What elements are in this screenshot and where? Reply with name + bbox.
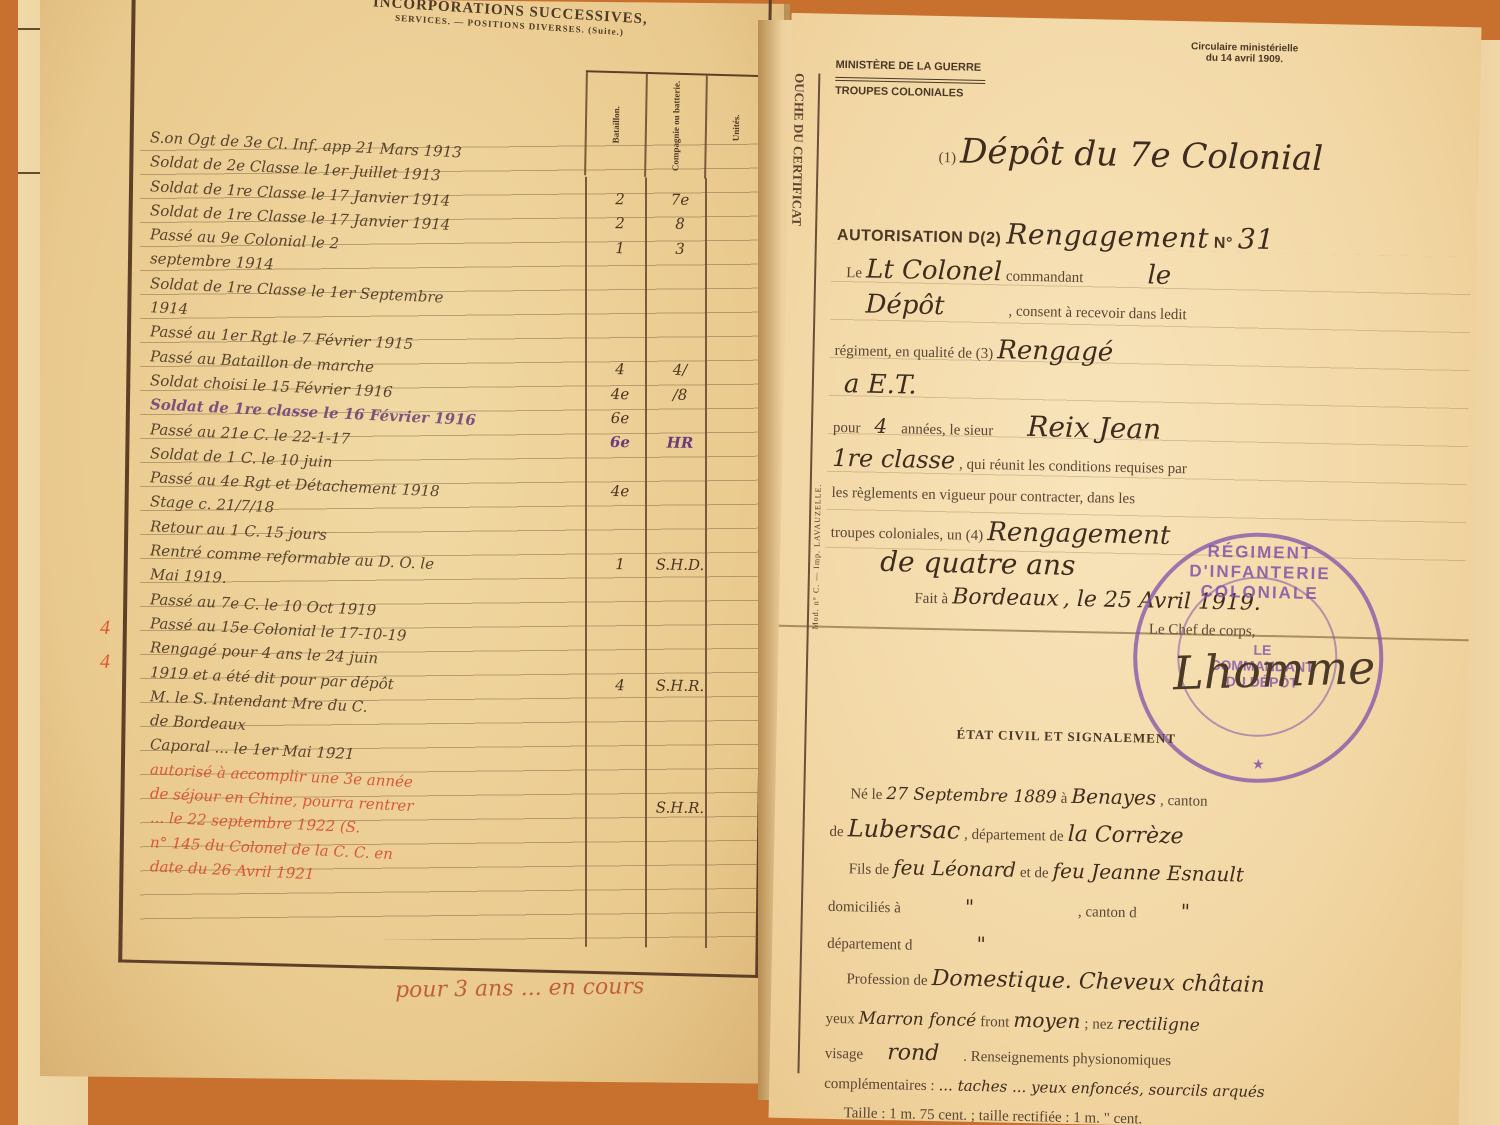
cell-compagnie [650,515,710,516]
domicile-line: domiciliés à " , canton d " [828,892,1190,924]
cell-compagnie [650,710,710,711]
left-page: INCORPORATIONS SUCCESSIVES, SERVICES. — … [40,0,790,1084]
profession-line: Profession de Domestique. Cheveux châtai… [846,964,1265,998]
cell-compagnie: 7e [650,191,710,210]
cell-bataillon: 4 [590,676,650,695]
commander-signature: Lhomme [1172,640,1376,700]
cell-compagnie: S.H.R. [650,798,710,817]
cell-compagnie [650,467,710,468]
column-values-row: 4e [590,478,770,504]
authorization-type: Rengagement [1006,217,1209,254]
parents-line: Fils de feu Léonard et de feu Jeanne Esn… [849,854,1245,886]
yeux-line: yeux Marron foncé front moyen ; nez rect… [825,1004,1200,1036]
years-line: pour 4 années, le sieur Reix Jean [833,406,1162,446]
cell-compagnie: HR [650,434,710,453]
cell-compagnie: 8 [650,215,710,234]
cell-bataillon [590,296,650,297]
cell-bataillon [590,515,650,516]
cell-bataillon: 6e [590,433,650,452]
column-values-row [590,746,770,772]
cell-bataillon [590,612,650,613]
birth-line: Né le 27 Septembre 1889 à Benayes , cant… [850,779,1208,810]
printer-imprint: Mod. n° C. — Imp. LAVAUZELLE. [811,483,823,629]
column-values-row [590,503,770,529]
cell-bataillon [590,758,650,759]
cell-compagnie: S.H.R. [650,677,710,696]
cell-bataillon: 2 [590,214,650,233]
column-values-row [590,260,770,286]
column-divider [585,177,587,947]
qualite-line: régiment, en qualité de (3) Rengagé [834,332,1113,368]
column-values-row: 4S.H.R. [590,673,770,699]
cell-bataillon: 4 [590,360,650,379]
column-values-row: S.H.R. [590,794,770,820]
cell-bataillon [590,345,650,346]
margin-mark: 4 [100,651,110,685]
cell-compagnie: 4/ [650,361,710,380]
column-values-row [590,600,770,626]
column-values-row [590,697,770,723]
service-column-values: 27e281344/4e/86e6eHR4e1S.H.D.4S.H.R.S.H.… [590,187,770,821]
stamp-ring-text: RÉGIMENT D'INFANTERIE COLONIALE [1138,540,1381,605]
cell-compagnie [650,321,710,322]
cell-compagnie [650,588,710,589]
column-values-row: 1S.H.D. [590,551,770,577]
cell-compagnie [650,783,710,784]
column-values-row [590,308,770,334]
cell-compagnie [650,272,710,273]
cell-compagnie [650,540,710,541]
depot-value: Dépôt du 7e Colonial [960,131,1324,179]
cell-bataillon [590,661,650,662]
margin-marks: 4 4 [100,617,110,685]
column-values-row: 4e/8 [590,381,770,407]
column-values-row [590,333,770,359]
cell-compagnie: /8 [650,385,710,404]
section-title-etat-civil: ÉTAT CIVIL ET SIGNALEMENT [956,727,1176,748]
canton-line: de Lubersac , département de la Corrèze [829,814,1184,849]
right-page: OUCHE DU CERTIFICAT Mod. n° C. — Imp. LA… [769,13,1482,1125]
cell-compagnie [650,758,710,759]
cell-compagnie [650,345,710,346]
cell-bataillon [590,806,650,807]
service-entries-list: S.on Ogt de 3e Cl. Inf. app 21 Mars 1913… [150,125,580,883]
cell-bataillon: 4e [590,384,650,403]
visage-line: visage rond . Renseignements physionomiq… [825,1039,1172,1071]
departement-line: département d " [827,929,986,956]
duration-line: de quatre ans [880,545,1076,582]
cell-bataillon: 2 [590,190,650,209]
authorization-number: 31 [1238,222,1275,256]
cell-compagnie [650,297,710,298]
header-rule [835,77,985,84]
cell-bataillon: 6e [590,409,650,428]
cell-compagnie [650,637,710,638]
ministry-name: MINISTÈRE DE LA GUERRE [835,59,985,74]
circular-reference: Circulaire ministérielle du 14 avril 190… [1191,41,1299,65]
cell-bataillon [590,636,650,637]
cell-compagnie [650,613,710,614]
taille-line: Taille : 1 m. 75 cent. ; taille rectifié… [843,1104,1142,1125]
cell-bataillon [590,734,650,735]
footer-note: pour 3 ans ... en cours [395,974,645,1003]
cell-bataillon [590,782,650,783]
cell-compagnie [650,734,710,735]
cell-compagnie: 3 [650,239,710,258]
cell-compagnie: S.H.D. [650,555,710,574]
complementaires-line: complémentaires : ... taches ... yeux en… [824,1074,1265,1102]
column-values-row: 6eHR [590,430,770,456]
depot-line: (1) Dépôt du 7e Colonial [938,131,1323,179]
qualite-extra-line: a E.T. [844,369,917,401]
ministry-header: MINISTÈRE DE LA GUERRE TROUPES COLONIALE… [835,59,986,100]
cell-bataillon [590,588,650,589]
column-values-row [590,527,770,553]
cell-bataillon [590,539,650,540]
column-values-row: 13 [590,235,770,261]
cell-bataillon [590,709,650,710]
column-values-row [590,576,770,602]
cell-bataillon [590,272,650,273]
column-values-row [590,454,770,480]
margin-mark: 4 [100,617,110,651]
cell-bataillon [590,466,650,467]
cell-compagnie [650,491,710,492]
cell-bataillon [590,320,650,321]
cell-bataillon: 1 [590,554,650,573]
column-values-row: 27e [590,187,770,213]
column-values-row [590,284,770,310]
troops-name: TROUPES COLONIALES [835,85,985,100]
soldier-name: Reix Jean [1027,410,1161,446]
column-values-row [590,648,770,674]
column-values-row: 28 [590,211,770,237]
cell-compagnie [650,661,710,662]
column-values-row [590,624,770,650]
column-values-row [590,721,770,747]
star-icon: ★ [1252,757,1265,774]
column-values-row [590,770,770,796]
cell-compagnie [650,418,710,419]
cell-bataillon: 4e [590,482,650,501]
column-values-row: 6e [590,406,770,432]
cell-bataillon: 1 [590,239,650,258]
column-values-row: 44/ [590,357,770,383]
